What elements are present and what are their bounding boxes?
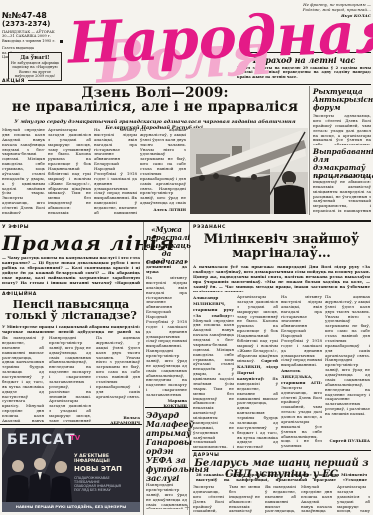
milinkevich-column-text: Напярэдадні прэм'ер-міністр заявіў, што … xyxy=(325,357,370,416)
pensions-column-text: Арганізатары загадзя дамовіліся з уладам… xyxy=(49,398,91,422)
milinkevich-headline-2: маргіналаў… xyxy=(192,247,371,261)
husband-body-text: Напярэдадні прэм'ер-міністр заявіў, што … xyxy=(146,348,187,396)
lead-headline-2: не праваліліся, але і не прарваліся xyxy=(0,101,310,115)
belsat-text-block: У АБ'ЕКТЫВЕ ІНФАРМАЦЫІ НОВЫ ЭТАП СПАДАРО… xyxy=(74,454,136,492)
malafeev-title-line: заслугі xyxy=(146,474,187,483)
lead-signature: Алесь ЛІТВІН xyxy=(140,207,186,212)
malafeev-title: Эдуард Малафееў атрымаў Ганаровы ордэн У… xyxy=(146,411,187,483)
belsat-line: У АБ'ЕКТЫВЕ ІНФАРМАЦЫІ xyxy=(74,454,136,464)
pensions-lede: У Міністэрстве працы і сацыяльнай абарон… xyxy=(2,324,140,334)
issue-serial: (2373-2374) xyxy=(2,20,62,28)
news-anchors-image xyxy=(4,454,72,502)
pensions-kicker: АФІЦЫЙНА xyxy=(2,292,37,297)
milinkevich-column: На мітынгу выступілі лідэры апазіцыі, як… xyxy=(281,295,322,448)
milinkevich-column-text: Мінулай сярэдзіне дня плошча каля Акадэм… xyxy=(193,318,234,391)
lead-kicker: АКЦЫЯ xyxy=(2,79,28,84)
lead-column-text: На мітынгу выступілі лідэры апазіцыі, як… xyxy=(94,128,137,200)
milinkevich-subhead: Аляксандр МІЛІНКЕВІЧ, старшыня руху «За … xyxy=(193,295,234,318)
pensions-column-text: Напярэдадні прэм'ер-міністр заявіў, што … xyxy=(49,336,91,399)
eu-column: Эксперты адзначаюць, што сёлетні Дзень В… xyxy=(193,485,224,513)
eu-subhead: 28 сакавіка ў Вільні кіраўнік руху «За с… xyxy=(196,472,367,482)
milinkevich-column-text: На мітынгу выступілі лідэры апазіцыі, як… xyxy=(281,295,322,367)
lead-column-text: Па ацэнках журналістаў, у акцыі ўзялі ўд… xyxy=(140,128,186,191)
milinkevich-kicker: РЭЗАНАНС xyxy=(193,225,226,230)
pensions-column: Напярэдадні прэм'ер-міністр заявіў, што … xyxy=(49,336,91,422)
milinkevich-column-text: Эксперты адзначаюць, што сёлетні Дзень В… xyxy=(281,385,322,448)
milinkevich-column-text: Па ацэнках журналістаў, у акцыі ўзялі ўд… xyxy=(325,295,370,358)
democrats-body: Тым не менш без інцыдэнтаў не абышлося: … xyxy=(313,175,371,214)
pensions-headline-2: толькі ў лістападзе? xyxy=(0,310,142,322)
rule xyxy=(0,424,142,425)
lead-column-text: Арганізатары загадзя дамовіліся з уладам… xyxy=(48,128,91,195)
lead-column: Арганізатары загадзя дамовіліся з уладам… xyxy=(48,128,91,214)
milinkevich-lede: А пачыналася ўсё так прыгожа: напярэдадн… xyxy=(193,264,370,292)
rule xyxy=(143,222,144,515)
rule xyxy=(309,86,310,215)
belsat-line: НОВЫ ЭТАП xyxy=(74,465,136,473)
crop-mark: + xyxy=(184,503,191,512)
milinkevich-column: Па ацэнках журналістаў, у акцыі ўзялі ўд… xyxy=(325,295,370,435)
democrats-title-line: Выпрабаванні для xyxy=(313,148,371,164)
milinkevich-column: Аляксандр МІЛІНКЕВІЧ, старшыня руху «За … xyxy=(193,295,234,448)
rule xyxy=(0,220,371,222)
belsat-logo: БЕЛСАТ xyxy=(7,432,76,448)
pensions-column-text: Як паведамілі ў ведамстве, пытанне аб па… xyxy=(2,336,44,408)
rally-photo-image xyxy=(190,128,308,214)
direct-line-kicker: У ЭФІРЫ xyxy=(2,225,29,230)
milinkevich-column-text: Тым не менш без інцыдэнтаў не абышлося: … xyxy=(193,386,234,448)
belsat-strip: НАВІНЫ ПЕРШАЙ РУКІ ШТОДЗЁНЬ, БЕЗ ЦЭНЗУРЫ xyxy=(2,502,140,512)
issue-line: Выходзіць з чэрвеня 1995 г. xyxy=(2,39,62,43)
belsat-subline: ПОГЛЯД БЕЗ МЕЖАЎ xyxy=(74,488,136,492)
milinkevich-column-text: Арганізатары загадзя дамовіліся з уладам… xyxy=(237,295,278,363)
milinkevich-column: Арганізатары загадзя дамовіліся з уладам… xyxy=(237,295,278,448)
belsat-logo-tv: TV xyxy=(70,434,80,442)
forum-title: Рыхтуецца Антыкрызісны форум xyxy=(313,88,371,112)
lead-column: Па ацэнках журналістаў, у акцыі ўзялі ўд… xyxy=(140,128,186,206)
pensions-column: Як паведамілі ў ведамстве, пытанне аб па… xyxy=(2,336,44,422)
issue-number: №№47-48 xyxy=(2,11,62,20)
masthead-word1: Народная xyxy=(67,0,373,77)
notice-box: Да ўвагі! Не забудзьцеся аформіць падпіс… xyxy=(8,52,62,81)
lead-column: На мітынгу выступілі лідэры апазіцыі, як… xyxy=(94,128,137,214)
eu-column: Арганізатары загадзя дамовіліся з уладам… xyxy=(337,485,370,513)
marker-square xyxy=(60,40,63,43)
forum-title-line: форум xyxy=(313,104,371,112)
rally-photo xyxy=(190,128,308,214)
belsat-subline: СПАДАРОЖНІКАВАЕ ТЭЛЕБАЧАННЕ xyxy=(74,476,136,484)
eu-column: Тым не менш без інцыдэнтаў не абышлося: … xyxy=(229,485,260,513)
direct-line-questions: — Чаму растуць кошты на камунальныя пасл… xyxy=(2,255,140,286)
lead-column-text: Эксперты адзначаюць, што сёлетні Дзень В… xyxy=(2,195,45,214)
milinkevich-headline-1: Мілінкевіч знайшоў xyxy=(192,233,371,247)
milinkevich-column-text: Як паведамілі ў ведамстве, пытанне аб па… xyxy=(237,376,278,448)
milinkevich-subhead: Анатоль ЛЯБЕДЗЬКА, старшыня АГП: xyxy=(281,368,322,385)
husband-body-text: На мітынгу выступілі лідэры апазіцыі, як… xyxy=(146,276,187,348)
eu-column: Мінулай сярэдзіне дня плошча каля Акадэм… xyxy=(301,485,332,513)
lead-column-text: Мінулай сярэдзіне дня плошча каля Акадэм… xyxy=(2,128,45,195)
pensions-column-text: Па ацэнках журналістаў, у акцыі ўзялі ўд… xyxy=(96,336,140,399)
husband-body: На мітынгу выступілі лідэры апазіцыі, як… xyxy=(146,276,187,396)
rule xyxy=(0,289,142,290)
lead-column: Мінулай сярэдзіне дня плошча каля Акадэм… xyxy=(2,128,45,214)
husband-lede: Справа ў дачыненні да мужа прыпынена ўжо… xyxy=(146,259,187,274)
rule xyxy=(192,450,371,451)
belsat-ad: БЕЛСАТ TV У АБ'ЕКТЫВЕ ІНФАРМАЦЫІ НОВЫ ЭТ… xyxy=(2,428,140,512)
pensions-column: Па ацэнках журналістаў, у акцыі ўзялі ўд… xyxy=(96,336,140,414)
forum-body: Эксперты адзначаюць, што сёлетні Дзень В… xyxy=(313,114,371,145)
milinkevich-signature: Сяргей ПУЛЬША xyxy=(325,438,370,443)
eu-column: Як паведамілі ў ведамстве, пытанне аб па… xyxy=(265,485,296,513)
malafeev-body: Напярэдадні прэм'ер-міністр заявіў, што … xyxy=(146,483,187,509)
rule xyxy=(145,407,188,408)
